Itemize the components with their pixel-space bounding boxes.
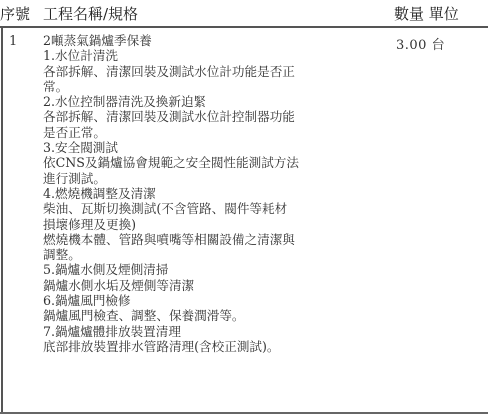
desc-line: 依CNS及鍋爐協會規範之安全閥性能測試方法	[43, 155, 313, 170]
desc-line: 2.水位控制器清洗及換新迫緊	[43, 94, 313, 109]
desc-line: 各部拆解、清潔回裝及測試水位計功能是否正	[43, 64, 313, 79]
desc-line: 7.鍋爐爐體排放裝置清理	[43, 324, 313, 339]
desc-line: 5.鍋爐水側及煙側清掃	[43, 262, 313, 277]
desc-line: 4.燃燒機調整及清潔	[43, 186, 313, 201]
row-description: 2噸蒸氣鍋爐季保養 1.水位計清洗 各部拆解、清潔回裝及測試水位計功能是否正 常…	[43, 33, 313, 354]
desc-line: 調整。	[43, 247, 313, 262]
desc-line: 進行測試。	[43, 171, 313, 186]
row-quantity-unit: 3.00 台	[396, 34, 445, 53]
desc-line: 1.水位計清洗	[43, 48, 313, 63]
desc-line: 鍋爐風門檢查、調整、保養潤滑等。	[43, 308, 313, 323]
header-item-name-spec: 工程名稱/規格	[43, 3, 138, 24]
quotation-table: 序號 工程名稱/規格 數量 單位 1 2噸蒸氣鍋爐季保養 1.水位計清洗 各部拆…	[0, 0, 488, 418]
desc-line: 各部拆解、清潔回裝及測試水位計控制器功能	[43, 109, 313, 124]
header-quantity-unit: 數量 單位	[394, 3, 459, 24]
desc-line: 鍋爐水側水垢及煙側等清潔	[43, 278, 313, 293]
desc-line: 底部排放裝置排水管路清理(含校正測試)。	[43, 339, 313, 354]
desc-line: 3.安全閥測試	[43, 140, 313, 155]
table-left-border	[1, 28, 3, 412]
desc-line: 6.鍋爐風門檢修	[43, 293, 313, 308]
table-bottom-border	[0, 412, 488, 414]
desc-line: 損壞修理及更換)	[43, 217, 313, 232]
row-seq-no: 1	[9, 34, 17, 49]
header-seq-no: 序號	[0, 3, 30, 24]
desc-line: 是否正常。	[43, 125, 313, 140]
desc-line: 燃燒機本體、管路與噴嘴等相關設備之清潔與	[43, 232, 313, 247]
desc-line: 常。	[43, 79, 313, 94]
desc-line: 柴油、瓦斯切換測試(不含管路、閥件等耗材	[43, 201, 313, 216]
table-header-row: 序號 工程名稱/規格 數量 單位	[0, 0, 488, 28]
item-title: 2噸蒸氣鍋爐季保養	[43, 33, 313, 48]
